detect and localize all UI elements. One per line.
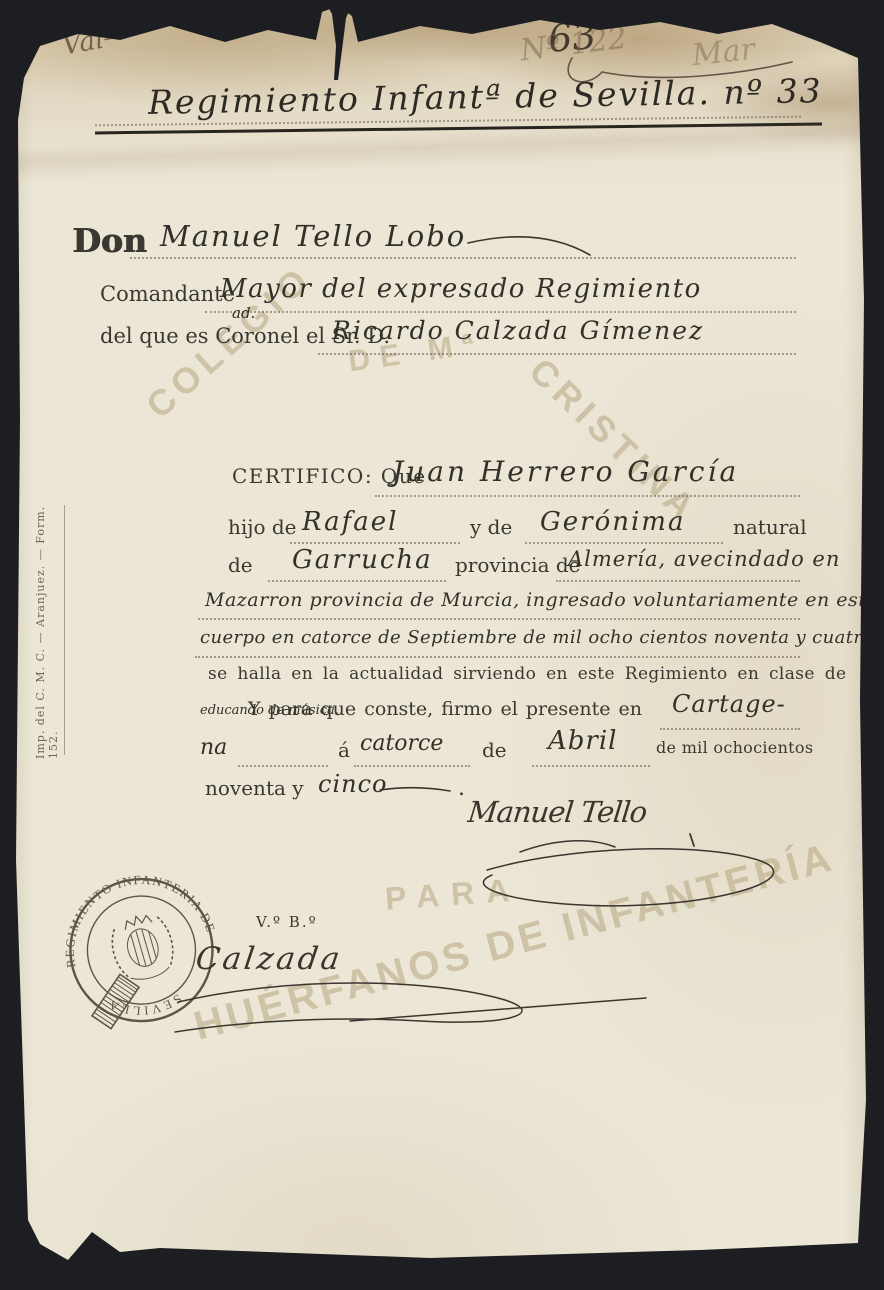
rank-dotted-line [205,310,796,313]
svg-text:REGIMIENTO INFANTERIA DE: REGIMIENTO INFANTERIA DE [44,854,218,975]
signature-second: Calzada [194,944,345,975]
province-dotted-line [556,579,800,582]
de-label: de [482,740,507,760]
na-dotted-line [238,764,328,767]
colonel-name: Ricardo Calzada Gímenez [332,318,704,343]
rank-label: Comandante [100,284,235,305]
day-dotted-line [354,764,470,767]
day-value: catorce [360,733,443,755]
serving-line: se halla en la actualidad sirviendo en e… [208,666,846,683]
city-part1: Cartage- [672,692,786,716]
annotation-mar: Mar [691,35,757,71]
colonel-dotted-line [318,352,796,355]
soldier-name: Juan Herrero García [392,458,739,486]
mother-dotted-line [525,541,723,544]
conste-label: Y para que conste, firmo el presente en [248,700,642,719]
stamp-arc-top-text: REGIMIENTO INFANTERIA DE [44,854,218,975]
enlist-line: cuerpo en catorce de Septiembre de mil o… [200,629,874,647]
year-label-1: de mil ochocientos [656,740,813,756]
don-dotted-line [130,256,796,259]
father-dotted-line [290,541,460,544]
father-label: hijo de [228,517,297,537]
of-label: de [228,555,253,575]
residence-line: Mazarron provincia de Murcia, ingresado … [205,591,878,610]
province-value: Almería, avecindado en [568,549,840,570]
imprint-rule [64,505,65,755]
watermark-cristina: CRISTINA [523,352,705,529]
birthplace-dotted-line [268,579,446,582]
printer-imprint: Imp. del C. M. C. — Aranjuez. — Form. 15… [34,503,60,759]
don-name-flourish [0,225,884,265]
city-dotted-line [660,727,800,730]
natural-label: natural [733,517,807,537]
vobo-label: V.º B.º [256,915,318,930]
paper-sheet: COLEGIO DE Mª CRISTINA PARA HUÉRFANOS DE… [0,0,884,1290]
scanned-document: COLEGIO DE Mª CRISTINA PARA HUÉRFANOS DE… [0,0,884,1290]
a-label: á [338,740,350,760]
stamp-crest [106,909,180,986]
birthplace: Garrucha [292,547,433,573]
colonel-interline: ad. [232,306,255,321]
mother-name: Gerónima [540,509,685,535]
residence-dotted-line [198,617,800,620]
province-label: provincia de [455,555,581,575]
rank-value: Mayor del expresado Regimiento [220,276,702,302]
soldier-dotted-line [375,494,800,497]
signature-main-rubric [440,820,860,950]
signature-second-rubric [150,980,670,1050]
closing-period: . [458,778,465,800]
city-part2: na [200,737,227,759]
father-name: Rafael [302,509,399,535]
month-dotted-line [532,764,650,767]
mother-label: y de [470,517,512,537]
enlist-dotted-line [195,655,800,658]
year-label-2: noventa y [205,778,304,798]
month-value: Abril [548,728,617,754]
